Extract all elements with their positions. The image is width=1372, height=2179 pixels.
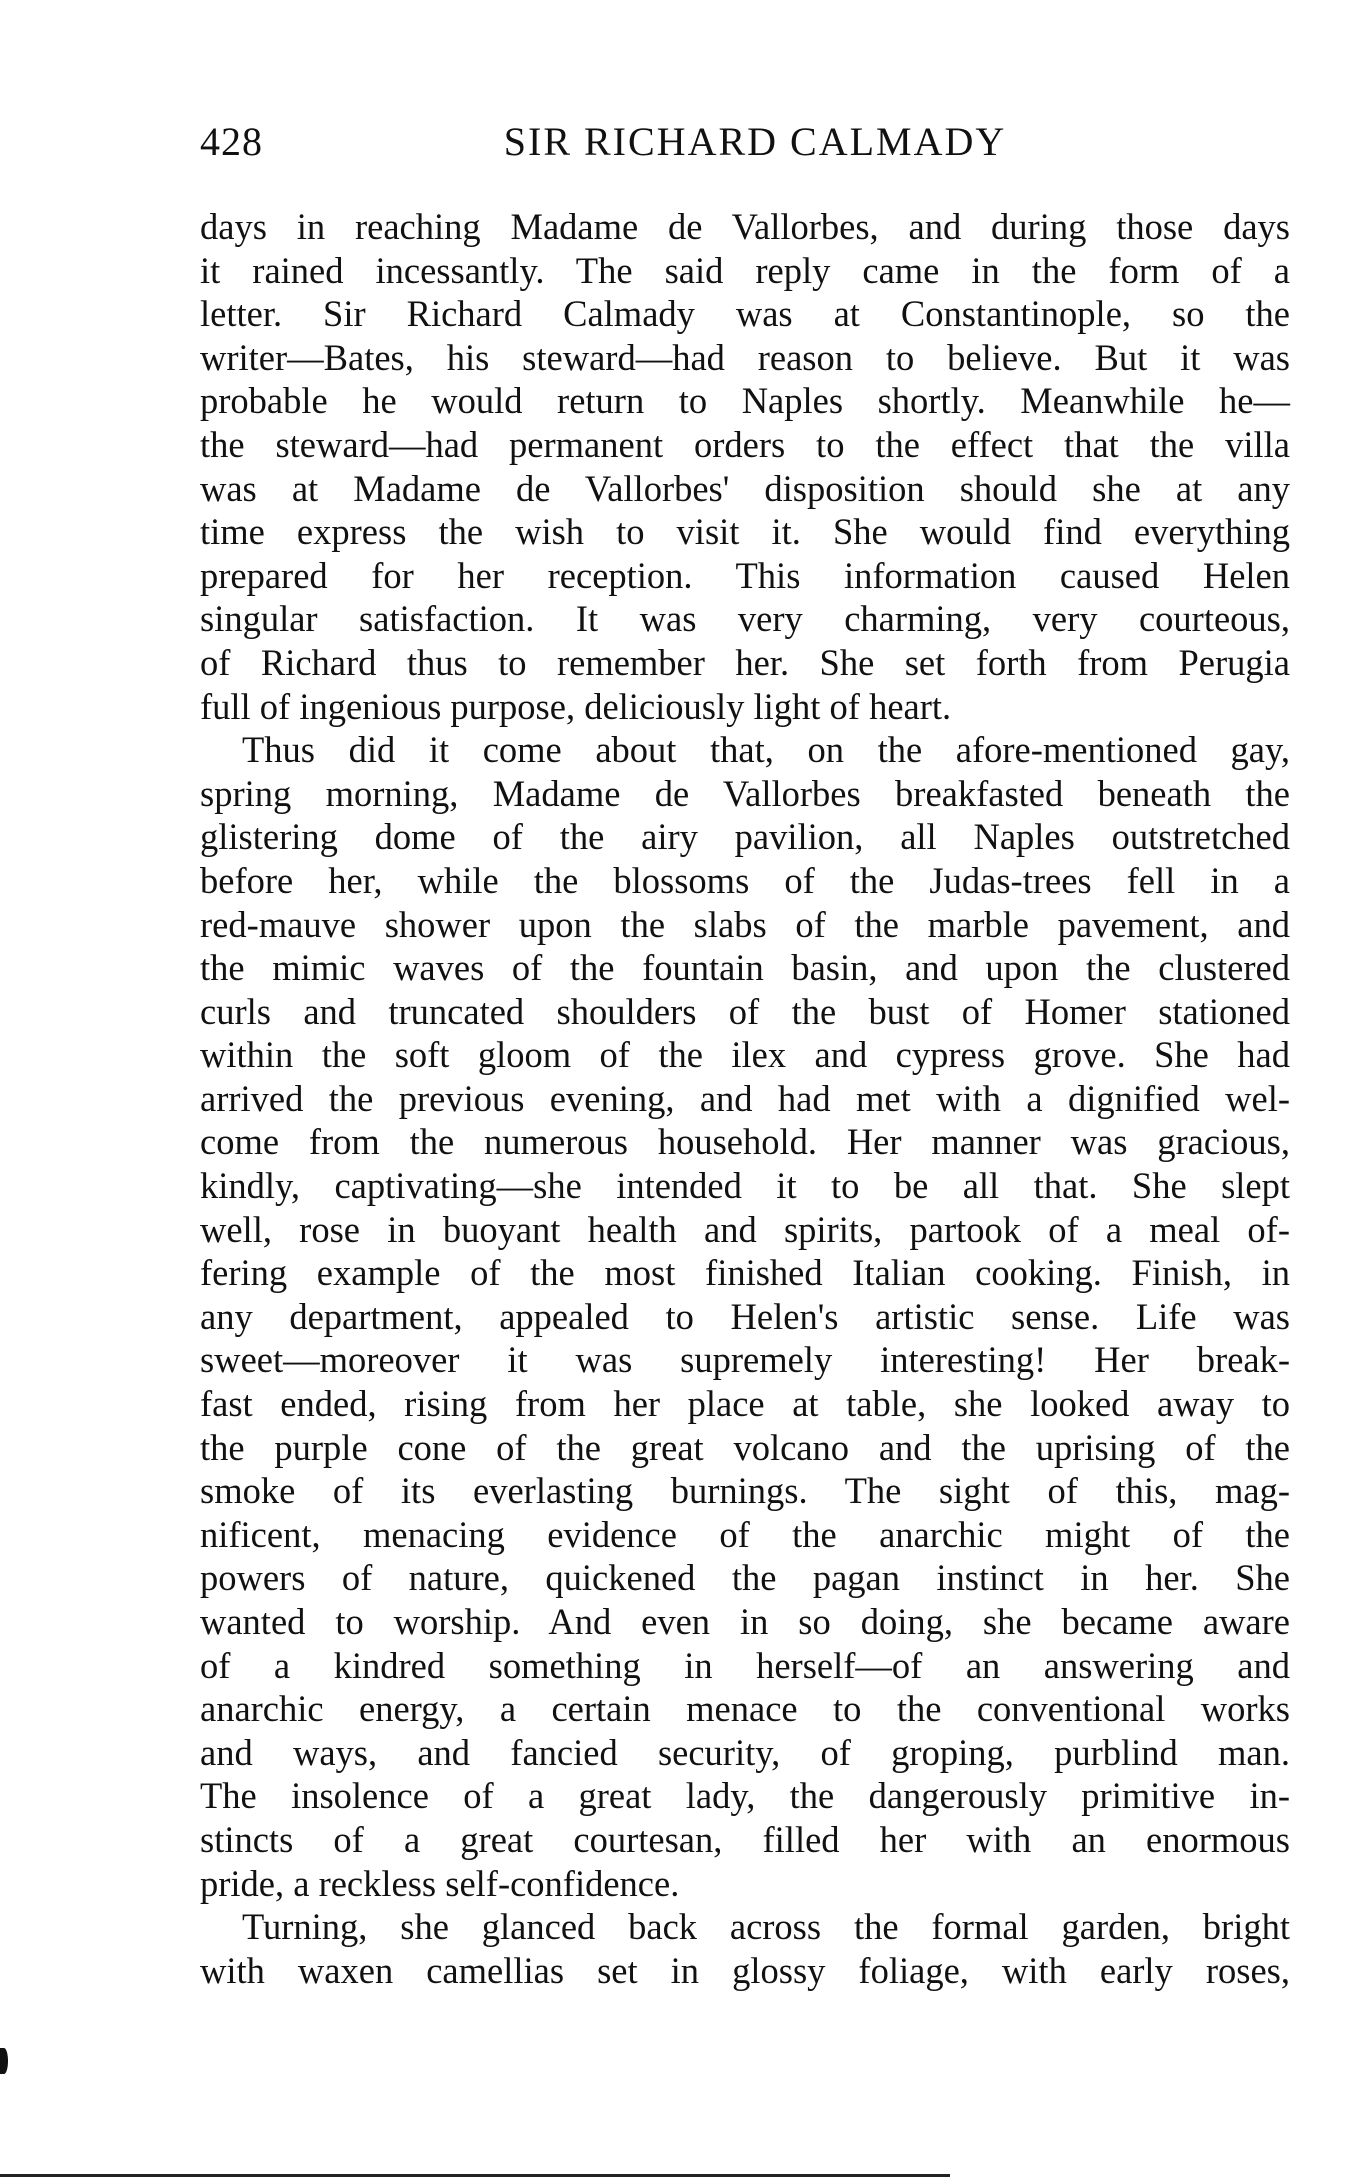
text-line: any department, appealed to Helen's arti… xyxy=(200,1295,1290,1339)
text-line: the purple cone of the great volcano and… xyxy=(200,1426,1290,1470)
page-header: 428 SIR RICHARD CALMADY xyxy=(200,118,1290,178)
text-line: spring morning, Madame de Vallorbes brea… xyxy=(200,772,1290,816)
text-line: with waxen camellias set in glossy folia… xyxy=(200,1949,1290,1993)
text-line: wanted to worship. And even in so doing,… xyxy=(200,1600,1290,1644)
text-line: days in reaching Madame de Vallorbes, an… xyxy=(200,205,1290,249)
text-line: come from the numerous household. Her ma… xyxy=(200,1120,1290,1164)
text-line: glistering dome of the airy pavilion, al… xyxy=(200,815,1290,859)
text-line: fering example of the most finished Ital… xyxy=(200,1251,1290,1295)
text-line: letter. Sir Richard Calmady was at Const… xyxy=(200,292,1290,336)
text-line: arrived the previous evening, and had me… xyxy=(200,1077,1290,1121)
paragraph-first-line: Thus did it come about that, on the afor… xyxy=(200,728,1290,772)
text-line: the steward—had permanent orders to the … xyxy=(200,423,1290,467)
text-line: probable he would return to Naples short… xyxy=(200,379,1290,423)
text-line: sweet—moreover it was supremely interest… xyxy=(200,1338,1290,1382)
paragraph-first-line: Turning, she glanced back across the for… xyxy=(200,1905,1290,1949)
text-line: within the soft gloom of the ilex and cy… xyxy=(200,1033,1290,1077)
text-line: the mimic waves of the fountain basin, a… xyxy=(200,946,1290,990)
text-line: curls and truncated shoulders of the bus… xyxy=(200,990,1290,1034)
text-line: of Richard thus to remember her. She set… xyxy=(200,641,1290,685)
text-line: writer—Bates, his steward—had reason to … xyxy=(200,336,1290,380)
text-line: before her, while the blossoms of the Ju… xyxy=(200,859,1290,903)
text-line: nificent, menacing evidence of the anarc… xyxy=(200,1513,1290,1557)
text-line: smoke of its everlasting burnings. The s… xyxy=(200,1469,1290,1513)
bottom-rule xyxy=(0,2174,950,2177)
text-line: it rained incessantly. The said reply ca… xyxy=(200,249,1290,293)
text-line: red-mauve shower upon the slabs of the m… xyxy=(200,903,1290,947)
text-line: well, rose in buoyant health and spirits… xyxy=(200,1208,1290,1252)
text-line: powers of nature, quickened the pagan in… xyxy=(200,1556,1290,1600)
text-line: singular satisfaction. It was very charm… xyxy=(200,597,1290,641)
body-text: days in reaching Madame de Vallorbes, an… xyxy=(200,205,1290,1992)
margin-mark xyxy=(0,2048,8,2074)
text-line: kindly, captivating—she intended it to b… xyxy=(200,1164,1290,1208)
text-line: time express the wish to visit it. She w… xyxy=(200,510,1290,554)
text-line: fast ended, rising from her place at tab… xyxy=(200,1382,1290,1426)
text-line: of a kindred something in herself—of an … xyxy=(200,1644,1290,1688)
text-line: was at Madame de Vallorbes' disposition … xyxy=(200,467,1290,511)
text-line: and ways, and fancied security, of gropi… xyxy=(200,1731,1290,1775)
text-line: anarchic energy, a certain menace to the… xyxy=(200,1687,1290,1731)
text-line: stincts of a great courtesan, filled her… xyxy=(200,1818,1290,1862)
running-title: SIR RICHARD CALMADY xyxy=(200,118,1290,165)
text-line: full of ingenious purpose, deliciously l… xyxy=(200,685,1290,729)
text-line: prepared for her reception. This informa… xyxy=(200,554,1290,598)
text-line: pride, a reckless self-confidence. xyxy=(200,1862,1290,1906)
text-line: The insolence of a great lady, the dange… xyxy=(200,1774,1290,1818)
